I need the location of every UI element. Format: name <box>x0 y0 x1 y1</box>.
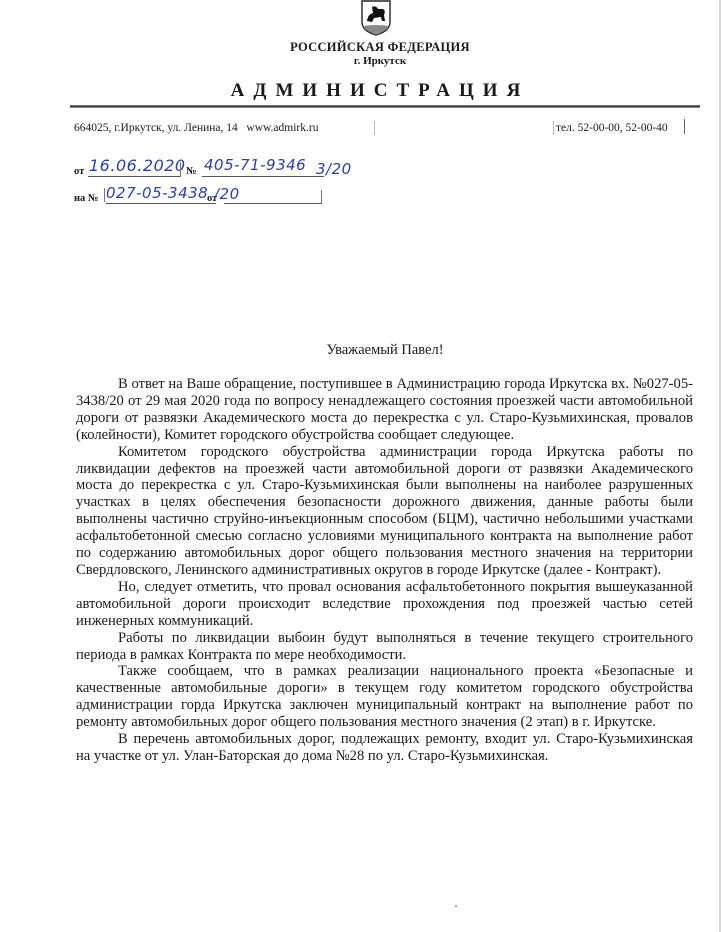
incoming-number: 027-05-3438 <box>106 184 208 202</box>
header-rule <box>70 105 700 108</box>
outgoing-number: 405-71-9346 <box>204 156 306 174</box>
divider <box>684 119 685 134</box>
letter-page: РОССИЙСКАЯ ФЕДЕРАЦИЯ г. Иркутск АДМИНИСТ… <box>0 0 721 932</box>
postal-address: 664025, г.Иркутск, ул. Ленина, 14 <box>74 122 238 134</box>
date-underline <box>88 176 180 177</box>
number-underline <box>202 176 324 177</box>
divider <box>180 162 181 177</box>
divider <box>374 121 375 135</box>
number-label: № <box>186 166 197 177</box>
divider <box>553 121 554 135</box>
scan-speck <box>455 905 457 907</box>
website-link: www.admirk.ru <box>246 122 318 134</box>
city-heading: г. Иркутск <box>0 55 721 67</box>
paragraph: Работы по ликвидации выбоин будут выполн… <box>76 630 693 664</box>
address-line: 664025, г.Иркутск, ул. Ленина, 14 www.ad… <box>74 122 318 134</box>
paragraph: Также сообщаем, что в рамках реализации … <box>76 663 693 731</box>
incoming-number-suffix: /20 <box>214 185 240 203</box>
paragraph: В перечень автомобильных дорог, подлежащ… <box>76 731 693 765</box>
organization-heading: АДМИНИСТРАЦИЯ <box>0 80 721 102</box>
divider <box>104 188 105 202</box>
phone-numbers: тел. 52-00-00, 52-00-40 <box>556 122 668 134</box>
salutation: Уважаемый Павел! <box>0 342 721 359</box>
coat-of-arms-icon <box>359 0 393 36</box>
paragraph: Комитетом городского обустройства админи… <box>76 444 693 579</box>
from-label: от <box>74 166 84 177</box>
divider <box>321 190 322 204</box>
outgoing-date: 16.06.2020 <box>89 156 186 175</box>
paragraph: В ответ на Ваше обращение, поступившее в… <box>76 376 693 444</box>
incoming-number-underline <box>106 203 216 204</box>
country-heading: РОССИЙСКАЯ ФЕДЕРАЦИЯ <box>0 40 721 55</box>
letter-body: В ответ на Ваше обращение, поступившее в… <box>76 376 693 765</box>
incoming-date-underline <box>224 203 322 204</box>
paragraph: Но, следует отметить, что провал основан… <box>76 579 693 630</box>
incoming-label: на № <box>74 193 98 204</box>
